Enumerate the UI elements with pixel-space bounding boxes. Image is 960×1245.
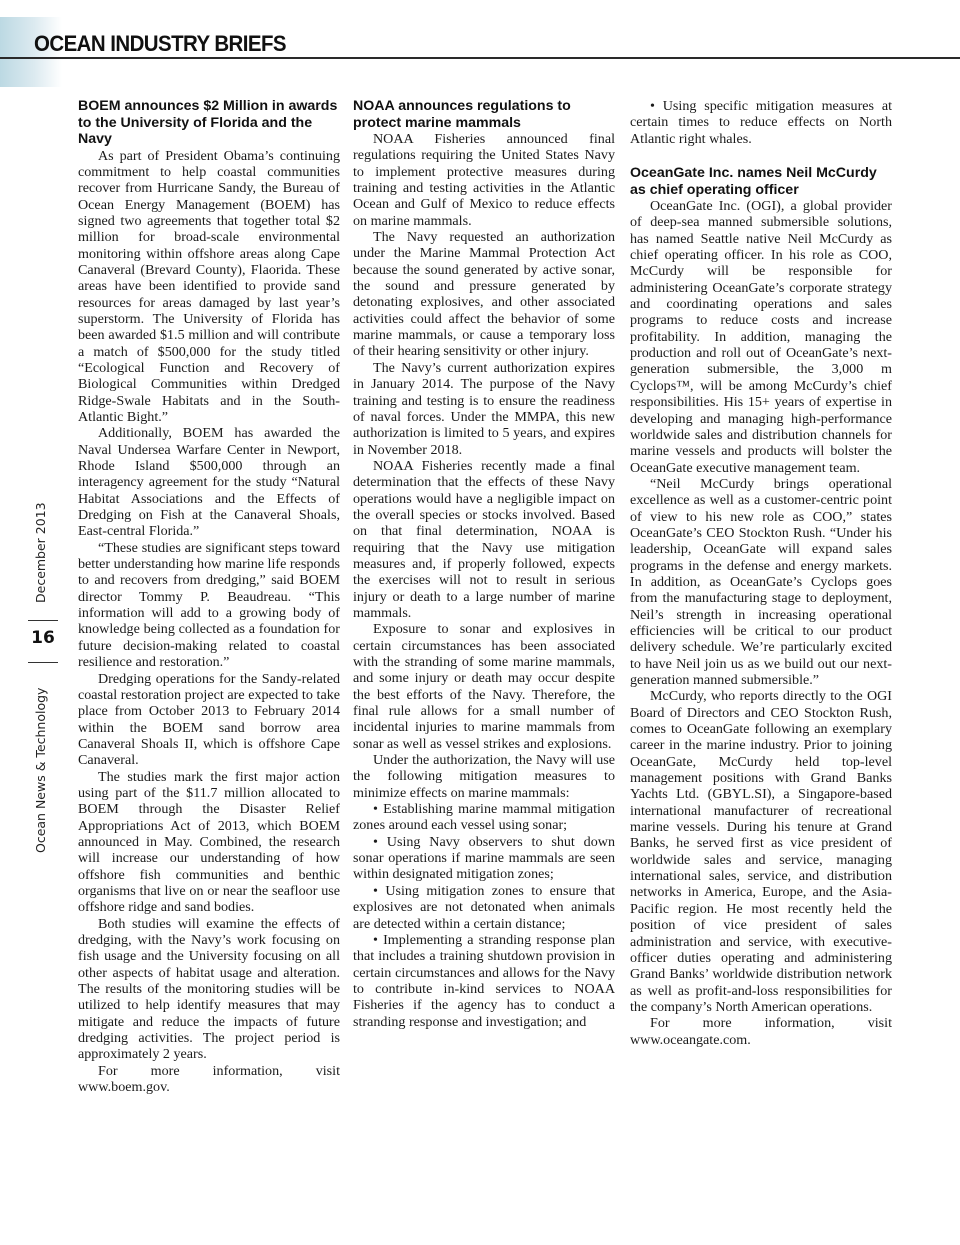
article-boem: BOEM announces $2 Million in awards to t… [78, 98, 340, 1095]
article-headline: OceanGate Inc. names Neil McCurdy as chi… [630, 165, 892, 198]
mitigation-bullet: • Establishing marine mammal mitigation … [353, 801, 615, 834]
article-paragraph: Dredging operations for the Sandy-relate… [78, 671, 340, 769]
article-paragraph: The Navy’s current authorization expires… [353, 360, 615, 458]
column-3: • Using specific mitigation measures at … [630, 98, 892, 1048]
mitigation-bullet: • Implementing a stranding response plan… [353, 932, 615, 1030]
page-sidebar: December 2013 16 Ocean News & Technology [0, 500, 75, 860]
article-paragraph: “Neil McCurdy brings operational excelle… [630, 476, 892, 688]
article-oceangate: OceanGate Inc. names Neil McCurdy as chi… [630, 165, 892, 1048]
mitigation-bullet: • Using mitigation zones to ensure that … [353, 883, 615, 932]
header-divider [0, 57, 960, 59]
column-2: NOAA announces regulations to protect ma… [353, 98, 615, 1030]
page-number: 16 [30, 628, 56, 648]
article-paragraph: As part of President Obama’s continuing … [78, 148, 340, 426]
mitigation-bullet: • Using Navy observers to shut down sona… [353, 834, 615, 883]
article-more-info: For more information, visit www.oceangat… [630, 1015, 892, 1048]
article-more-info: For more information, visit www.boem.gov… [78, 1063, 340, 1096]
article-paragraph: “These studies are significant steps tow… [78, 540, 340, 671]
mitigation-bullet: • Using specific mitigation measures at … [630, 98, 892, 147]
page-number-rule-bottom [28, 662, 58, 663]
article-headline: BOEM announces $2 Million in awards to t… [78, 98, 340, 148]
article-paragraph: OceanGate Inc. (OGI), a global provider … [630, 198, 892, 476]
issue-date: December 2013 [33, 502, 48, 603]
article-paragraph: The Navy requested an authorization unde… [353, 229, 615, 360]
article-paragraph: The studies mark the first major action … [78, 769, 340, 916]
publication-name: Ocean News & Technology [33, 688, 48, 853]
article-paragraph: Exposure to sonar and explosives in cert… [353, 621, 615, 752]
article-paragraph: Under the authorization, the Navy will u… [353, 752, 615, 801]
article-paragraph: NOAA Fisheries recently made a final det… [353, 458, 615, 621]
article-paragraph: Both studies will examine the effects of… [78, 916, 340, 1063]
article-paragraph: Additionally, BOEM has awarded the Naval… [78, 425, 340, 539]
article-paragraph: NOAA Fisheries announced final regulatio… [353, 131, 615, 229]
article-headline: NOAA announces regulations to protect ma… [353, 98, 615, 131]
section-title: OCEAN INDUSTRY BRIEFS [34, 32, 286, 56]
article-noaa: NOAA announces regulations to protect ma… [353, 98, 615, 1030]
column-1: BOEM announces $2 Million in awards to t… [78, 98, 340, 1095]
page-number-rule-top [28, 620, 58, 621]
article-paragraph: McCurdy, who reports directly to the OGI… [630, 688, 892, 1015]
